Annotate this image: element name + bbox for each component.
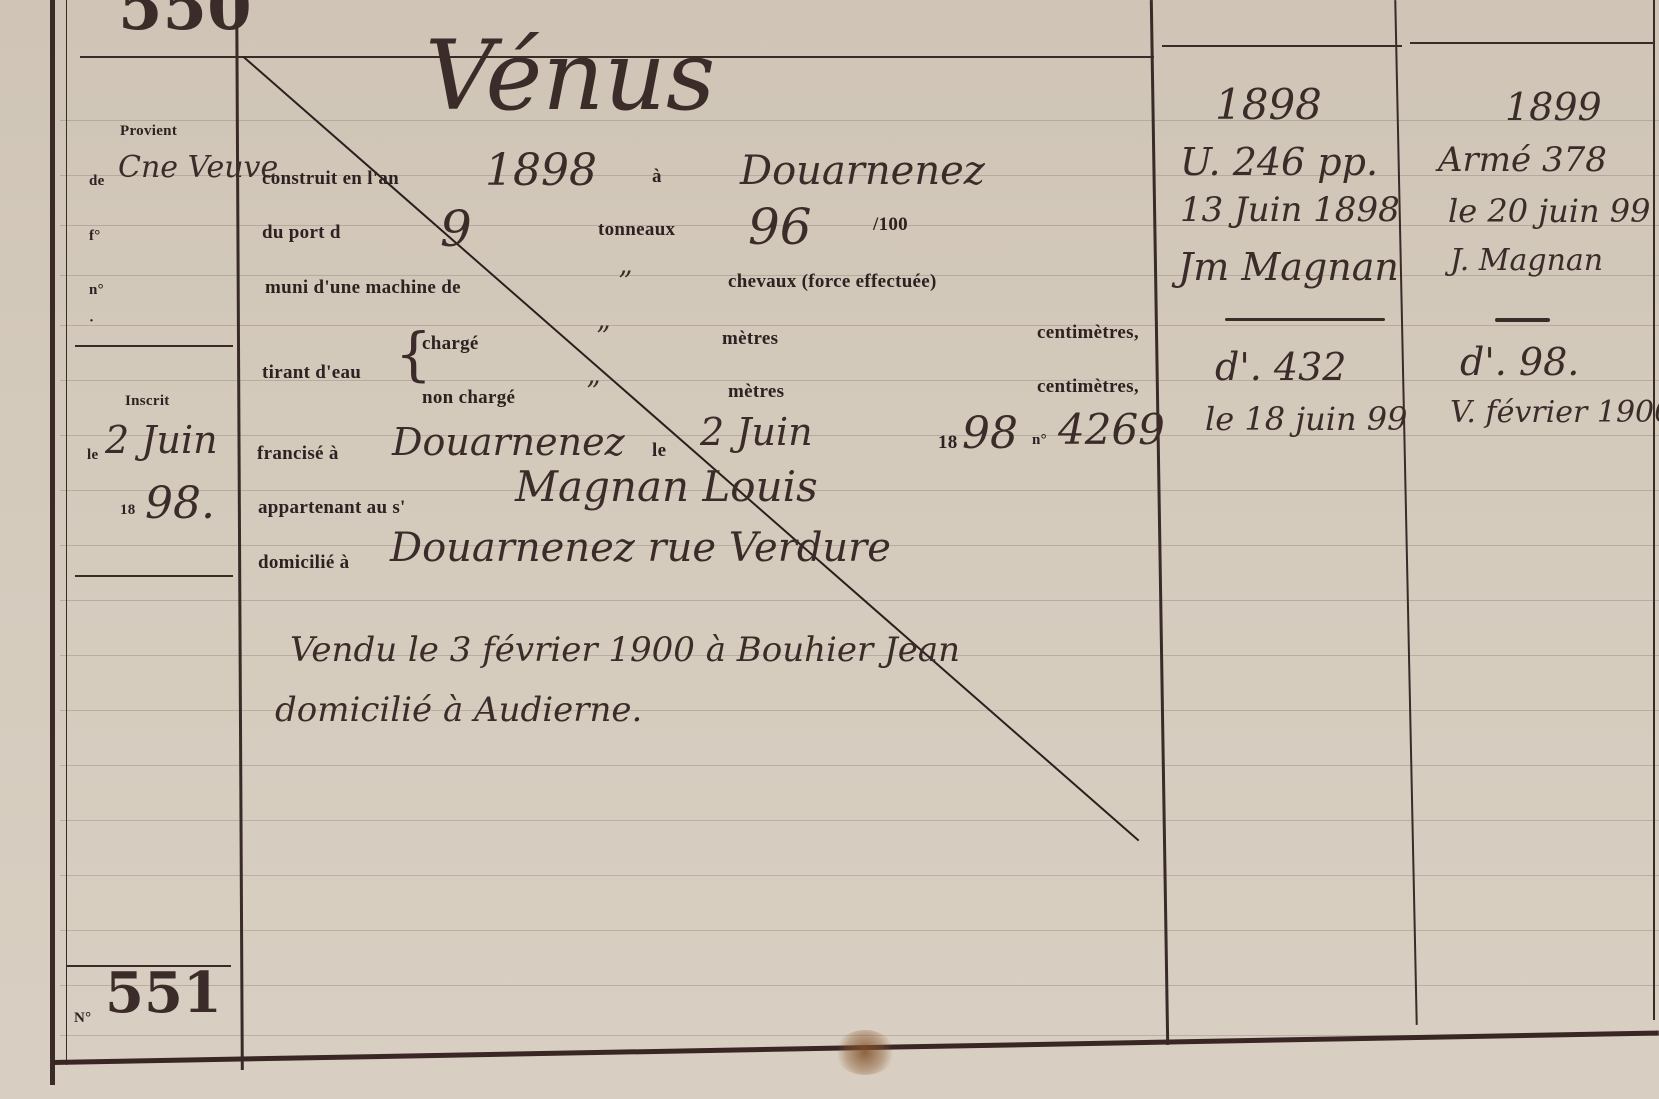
- bottom-number-prefix: N°: [74, 1010, 91, 1027]
- outer-right-border: [1653, 0, 1655, 1020]
- tonneaux-denominator: /100: [873, 214, 908, 236]
- numero-label: n°: [1032, 432, 1047, 449]
- ruled-line: [60, 765, 1659, 766]
- le-label: le: [652, 440, 666, 462]
- sale-note-line-2: domicilié à Audierne.: [275, 690, 642, 730]
- charge-label: chargé: [422, 333, 479, 355]
- inscrit-year-value: 98.: [145, 478, 215, 529]
- bottom-entry-number: 551: [105, 960, 222, 1026]
- ruled-line: [60, 325, 1659, 326]
- separator-flourish: [1225, 318, 1385, 321]
- n-label: n°: [89, 282, 104, 299]
- col-1898-line-5: le 18 juin 99: [1205, 400, 1408, 438]
- dot-label: ·: [89, 313, 94, 330]
- machine-value: ”: [618, 265, 632, 298]
- col-1899-line-5: V. février 1900: [1450, 395, 1659, 430]
- header-divider-1898: [1162, 45, 1402, 47]
- tonneaux-label: tonneaux: [598, 219, 675, 241]
- ruled-line: [60, 435, 1659, 436]
- col-1898-line-3: Jm Magnan: [1178, 245, 1399, 289]
- construit-label: construit en l'an: [262, 168, 399, 190]
- francise-year-prefix: 18: [938, 432, 958, 454]
- metres-label-charge: mètres: [722, 328, 778, 350]
- machine-label: muni d'une machine de: [265, 277, 461, 299]
- provient-prefix: de: [89, 173, 105, 190]
- domicile-label: domicilié à: [258, 552, 349, 574]
- ruled-line: [60, 875, 1659, 876]
- domicile-value: Douarnenez rue Verdure: [390, 525, 891, 571]
- col-1898-line-1: U. 246 pp.: [1180, 140, 1378, 184]
- left-section-divider-1: [75, 345, 233, 347]
- appartenant-label: appartenant au s': [258, 497, 406, 519]
- port-label: du port d: [262, 222, 341, 244]
- ruled-line: [60, 985, 1659, 986]
- outer-left-border: [50, 0, 55, 1085]
- header-divider-1899: [1410, 42, 1655, 44]
- inscrit-year-prefix: 18: [120, 502, 136, 519]
- construit-place: Douarnenez: [740, 148, 985, 194]
- a-label: à: [652, 166, 662, 188]
- sale-note-line-1: Vendu le 3 février 1900 à Bouhier Jean: [290, 630, 960, 670]
- non-charge-value: ”: [586, 375, 600, 408]
- col-1898-line-4: d'. 432: [1215, 345, 1346, 389]
- port-value: 9: [440, 200, 472, 258]
- francise-number: 4269: [1058, 405, 1165, 454]
- col-1899-line-3: J. Magnan: [1450, 243, 1603, 278]
- separator-flourish: [1495, 318, 1550, 322]
- rust-stain: [835, 1030, 895, 1075]
- chevaux-label: chevaux (force effectuée): [728, 271, 937, 293]
- ruled-line: [60, 820, 1659, 821]
- francise-date: 2 Juin: [700, 410, 813, 454]
- inscrit-day-prefix: le: [87, 447, 98, 464]
- construit-year: 1898: [485, 145, 597, 196]
- column-divider-main: [1150, 0, 1169, 1045]
- col-1898-line-2: 13 Juin 1898: [1180, 190, 1400, 230]
- non-charge-label: non chargé: [422, 387, 515, 409]
- ruled-line: [60, 490, 1659, 491]
- left-section-divider-2: [75, 575, 233, 577]
- top-entry-number: 550: [118, 0, 252, 45]
- ruled-line: [60, 600, 1659, 601]
- inner-left-border: [66, 0, 67, 1065]
- column-divider-right: [1394, 0, 1417, 1025]
- col-1899-line-1: Armé 378: [1438, 140, 1607, 180]
- ship-name: Vénus: [425, 20, 715, 132]
- ruled-line: [60, 120, 1659, 121]
- centimetres-label-charge: centimètres,: [1037, 322, 1139, 344]
- centimetres-label-non-charge: centimètres,: [1037, 376, 1139, 398]
- provient-label: Provient: [120, 123, 177, 140]
- f-label: f°: [89, 228, 101, 245]
- owner-name: Magnan Louis: [515, 462, 818, 511]
- francise-year-value: 98: [962, 408, 1018, 459]
- ruled-line: [60, 930, 1659, 931]
- col-1899-line-2: le 20 juin 99: [1448, 192, 1651, 230]
- francise-label: francisé à: [257, 443, 339, 465]
- tirant-label: tirant d'eau: [262, 362, 361, 384]
- charge-value: ”: [596, 320, 610, 353]
- inscrit-label: Inscrit: [125, 393, 170, 410]
- metres-label-non-charge: mètres: [728, 381, 784, 403]
- ledger-page: 550 Provient de Cne Veuve f° n° · Inscri…: [0, 0, 1659, 1099]
- col-1898-year: 1898: [1215, 80, 1322, 129]
- inscrit-day-value: 2 Juin: [105, 418, 218, 462]
- col-1899-line-4: d'. 98.: [1460, 340, 1579, 384]
- francise-place: Douarnenez: [392, 420, 625, 464]
- provient-value: Cne Veuve: [118, 150, 278, 185]
- col-1899-year: 1899: [1505, 85, 1602, 129]
- tonneaux-value: 96: [748, 198, 812, 256]
